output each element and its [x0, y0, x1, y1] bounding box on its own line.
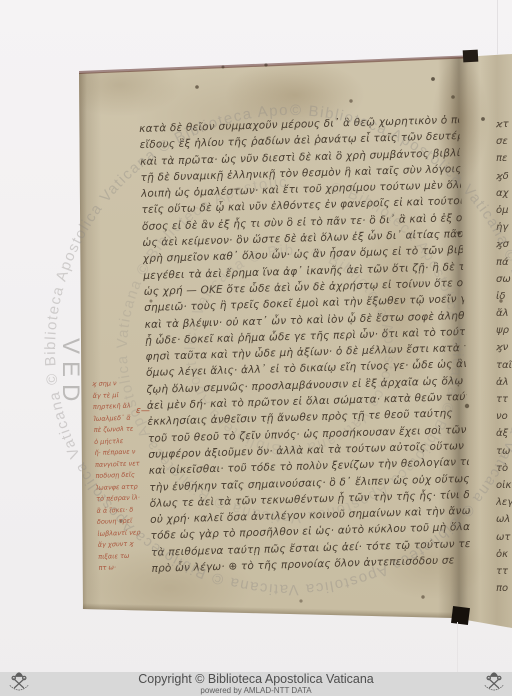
facing-page-line-fragment: πε [496, 150, 512, 167]
facing-page-line-fragment: αχ [496, 185, 512, 202]
facing-page-line-fragment: ϗδ [496, 168, 512, 185]
facing-page-line-fragment: πά [496, 254, 512, 271]
vatican-emblem-icon [4, 666, 34, 696]
vatican-emblem-icon [479, 666, 509, 696]
facing-page-line-fragment: σε [496, 133, 512, 150]
facing-page-line-fragment: ἀλ [496, 374, 512, 391]
facing-page-line-fragment: ἀξ [496, 425, 512, 442]
binding-clasp-top [463, 50, 479, 63]
facing-page-line-fragment: ἄλ [496, 305, 512, 322]
facing-page-line-fragment: πο [496, 580, 512, 597]
facing-page-line-fragment: οἰκ [496, 477, 512, 494]
facing-page-line-fragment: ἰδ [496, 288, 512, 305]
facing-page-line-fragment: ταῖ [496, 357, 512, 374]
facing-page-line-fragment: ψρ [496, 322, 512, 339]
footer-copyright: Copyright © Biblioteca Apostolica Vatica… [138, 673, 374, 686]
facing-page-line-fragment: σω [496, 271, 512, 288]
facing-page-line-fragment: νο [496, 408, 512, 425]
facing-page-line-fragment: ϗν [496, 339, 512, 356]
facing-page-text-column: ϰτσεπεϗδαχὀμἡγϗσπάσωἰδἄλψρϗνταῖἀλττνοἀξτ… [496, 116, 512, 597]
gloss-reference-mark: ε— [136, 406, 150, 416]
background-seam-bottom [457, 622, 458, 672]
facing-page-line-fragment: τὸ [496, 460, 512, 477]
facing-page-line-fragment: ωτ [496, 529, 512, 546]
watermark-side-text: VED [58, 338, 84, 448]
main-text-block: κατὰ δὲ θεῖον συμμαχοῦν μέρους δι᾽ ἃ θεῷ… [139, 112, 472, 577]
facing-page-line-fragment: ἡγ [496, 219, 512, 236]
facing-page-line-fragment: ϗσ [496, 236, 512, 253]
ink-specks [0, 0, 2, 2]
gloss-line: πτ ω· [98, 561, 148, 574]
facing-page-line-fragment: ττ [496, 563, 512, 580]
background-seam-top [497, 0, 498, 55]
facing-page-line-fragment: τω [496, 443, 512, 460]
facing-page-line-fragment: ϰτ [496, 116, 512, 133]
facing-page-line-fragment: ὁκ [496, 546, 512, 563]
facing-page-line-fragment: ττ [496, 391, 512, 408]
footer-bar: Copyright © Biblioteca Apostolica Vatica… [0, 672, 512, 696]
facing-page-line-fragment: ωλ [496, 511, 512, 528]
digitized-manuscript-viewer: κατὰ δὲ θεῖον συμμαχοῦν μέρους δι᾽ ἃ θεῷ… [0, 0, 512, 696]
binding-clasp-bottom [451, 606, 470, 625]
facing-page-line-fragment: λεγ [496, 494, 512, 511]
facing-page-line-fragment: ὀμ [496, 202, 512, 219]
footer-powered-by: powered by AMLAD-NTT DATA [200, 686, 311, 695]
